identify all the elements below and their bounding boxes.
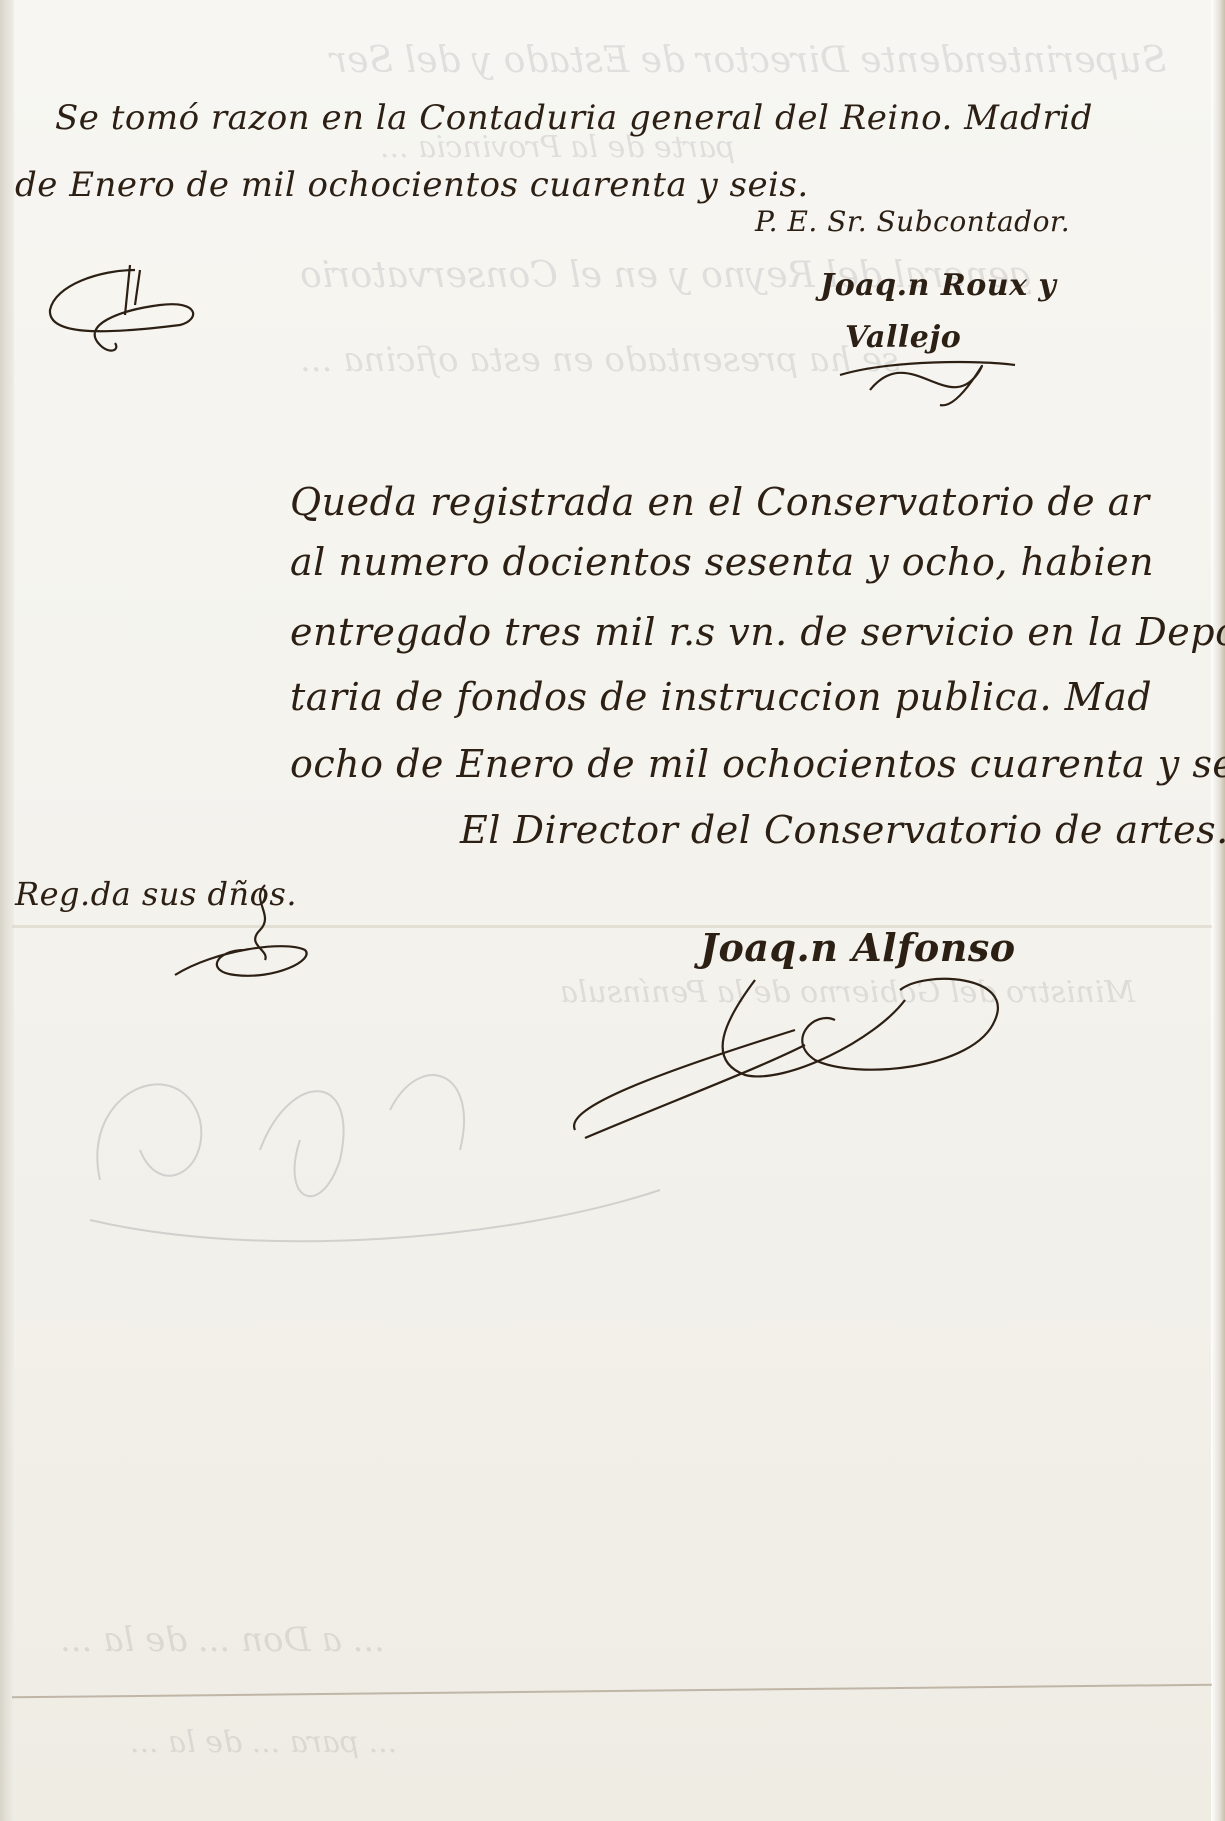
page-edge-left bbox=[0, 0, 14, 1821]
page-edge-right bbox=[1211, 0, 1225, 1821]
rubric-flourish bbox=[40, 255, 210, 365]
conservatory-line-5: ocho de Enero de mil ochocientos cuarent… bbox=[290, 742, 1225, 786]
bleed-through-text: ... a Don ... de la ... bbox=[60, 1620, 385, 1660]
signature-rubric bbox=[830, 330, 1030, 420]
conservatory-line-4: taria de fondos de instruccion publica. … bbox=[290, 675, 1152, 719]
bleed-through-text: ... para ... de la ... bbox=[130, 1725, 397, 1760]
bleed-through-text: se ha presentado en esta oficina ... bbox=[300, 340, 900, 380]
signature-rubric bbox=[555, 960, 1055, 1150]
subcontador-title: P. E. Sr. Subcontador. bbox=[755, 205, 1070, 238]
registration-line-2: de Enero de mil ochocientos cuarenta y s… bbox=[15, 165, 809, 205]
director-title: El Director del Conservatorio de artes. bbox=[460, 808, 1225, 852]
signature-roux: Joaq.n Roux y bbox=[820, 268, 1056, 303]
bleed-through-text: Superintendente Director de Estado y del… bbox=[330, 40, 1167, 81]
conservatory-line-3: entregado tres mil r.s vn. de servicio e… bbox=[290, 610, 1225, 654]
registration-line-1: Se tomó razon en la Contaduria general d… bbox=[55, 98, 1093, 138]
conservatory-line-1: Queda registrada en el Conservatorio de … bbox=[290, 480, 1150, 524]
conservatory-line-2: al numero docientos sesenta y ocho, habi… bbox=[290, 540, 1154, 584]
rubric-flourish bbox=[155, 880, 325, 980]
